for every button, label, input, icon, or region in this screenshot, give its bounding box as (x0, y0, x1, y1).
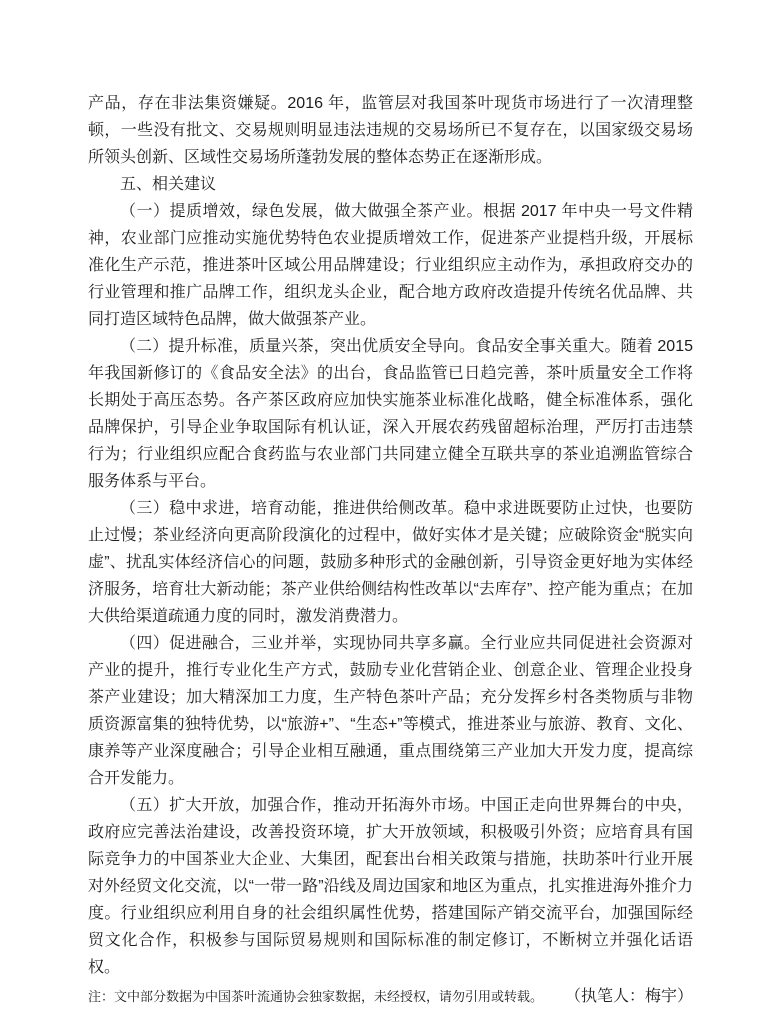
section-heading: 五、相关建议 (88, 171, 693, 198)
footnote: 注：文中部分数据为中国茶叶流通协会独家数据，未经授权，请勿引用或转载。 (88, 983, 543, 1009)
document-page: 产品，存在非法集资嫌疑。2016 年，监管层对我国茶叶现货市场进行了一次清理整顿… (0, 0, 780, 1009)
footer-row: 注：文中部分数据为中国茶叶流通协会独家数据，未经授权，请勿引用或转载。 （执笔人… (88, 983, 693, 1009)
paragraph-intro: 产品，存在非法集资嫌疑。2016 年，监管层对我国茶叶现货市场进行了一次清理整顿… (88, 90, 693, 171)
paragraph-suggestion-4: （四）促进融合，三业并举，实现协同共享多赢。全行业应共同促进社会资源对产业的提升… (88, 630, 693, 792)
paragraph-suggestion-1: （一）提质增效，绿色发展，做大做强全茶产业。根据 2017 年中央一号文件精神，… (88, 198, 693, 333)
author-signature: （执笔人：梅宇） (565, 983, 693, 1009)
document-content: 产品，存在非法集资嫌疑。2016 年，监管层对我国茶叶现货市场进行了一次清理整顿… (88, 90, 693, 1009)
paragraph-suggestion-2: （二）提升标准，质量兴茶，突出优质安全导向。食品安全事关重大。随着 2015 年… (88, 333, 693, 495)
paragraph-suggestion-3: （三）稳中求进，培育动能，推进供给侧改革。稳中求进既要防止过快，也要防止过慢；茶… (88, 495, 693, 630)
paragraph-suggestion-5: （五）扩大开放，加强合作，推动开拓海外市场。中国正走向世界舞台的中央，政府应完善… (88, 792, 693, 981)
